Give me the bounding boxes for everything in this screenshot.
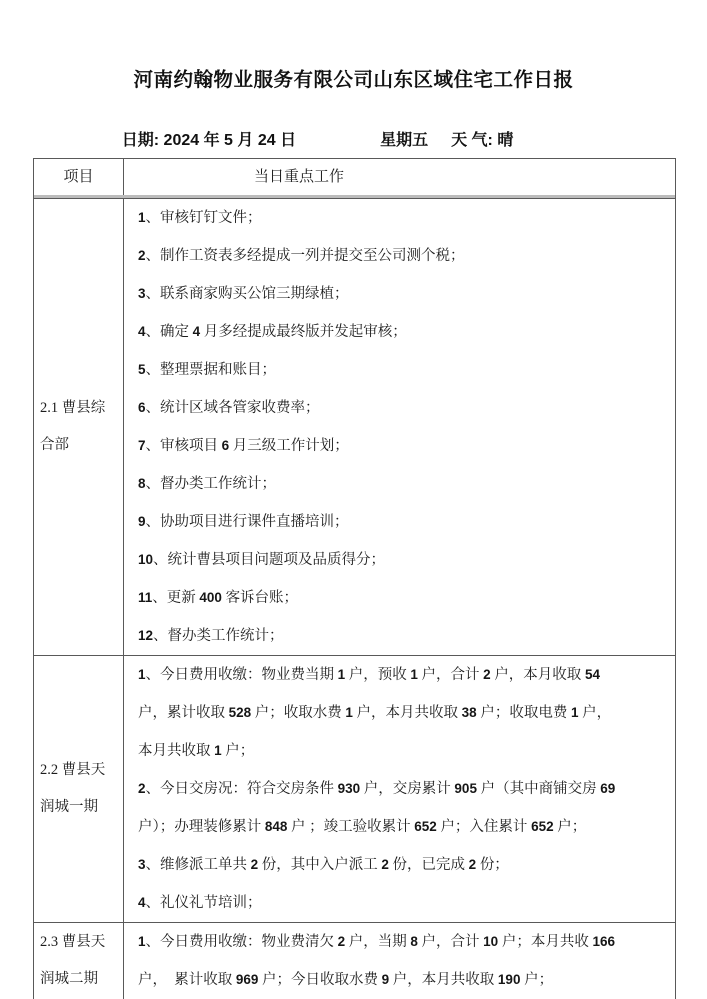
project-cell: 2.1 曹县综合部 [34,199,124,655]
numeric-value: 652 [414,819,437,834]
numeric-value: 2 [138,248,146,263]
work-cell: 1、审核钉钉文件；2、制作工资表多经提成一列并提交至公司测个税；3、联系商家购买… [124,199,675,655]
numeric-value: 190 [498,972,521,987]
table-row: 2.2 曹县天润城一期1、今日费用收缴：物业费当期 1 户，预收 1 户，合计 … [34,655,675,922]
numeric-value: 1 [138,934,146,949]
work-item-line: 2、制作工资表多经提成一列并提交至公司测个税； [138,237,663,275]
work-item-line: 7、审核项目 6 月三级工作计划； [138,427,663,465]
report-weather: 天 气: 晴 [451,132,513,149]
work-item-line: 4、礼仪礼节培训； [138,884,663,922]
column-header-project: 项目 [34,159,124,195]
work-item-line: 3、联系商家购买公馆三期绿植； [138,275,663,313]
numeric-value: 38 [462,705,477,720]
work-item-line: 1、审核钉钉文件； [138,199,663,237]
work-item-line: 9、协助项目进行课件直播培训； [138,503,663,541]
numeric-value: 1 [338,667,346,682]
work-item-line: 8、督办类工作统计； [138,465,663,503]
numeric-value: 1 [214,743,222,758]
numeric-value: 1 [571,705,579,720]
project-label-line: 2.1 曹县综 [40,390,123,427]
numeric-value: 5 [138,362,146,377]
numeric-value: 166 [592,934,615,949]
work-item-line: 10、统计曹县项目问题项及品质得分； [138,541,663,579]
work-item-line: 12、督办类工作统计； [138,617,663,655]
numeric-value: 1 [345,705,353,720]
work-item-line: 1、今日费用收缴：物业费清欠 2 户，当期 8 户，合计 10 户；本月共收 1… [138,923,663,961]
numeric-value: 10 [138,552,153,567]
numeric-value: 10 [483,934,498,949]
table-row: 2.3 曹县天润城二期1、今日费用收缴：物业费清欠 2 户，当期 8 户，合计 … [34,922,675,999]
project-label-line: 润城一期 [40,789,123,826]
numeric-value: 4 [138,324,146,339]
project-label-line: 2.2 曹县天 [40,752,123,789]
work-item-line: 11、更新 400 客诉台账； [138,579,663,617]
project-cell: 2.2 曹县天润城一期 [34,656,124,922]
numeric-value: 930 [338,781,361,796]
project-label-line: 2.3 曹县天 [40,924,123,961]
work-item-line: 6、统计区域各管家收费率； [138,389,663,427]
numeric-value: 9 [138,514,146,529]
numeric-value: 2 [338,934,346,949]
column-header-work: 当日重点工作 [124,159,675,195]
numeric-value: 2 [251,857,259,872]
numeric-value: 9 [382,972,390,987]
project-cell: 2.3 曹县天润城二期 [34,923,124,999]
numeric-value: 1 [138,667,146,682]
numeric-value: 12 [138,628,153,643]
numeric-value: 969 [236,972,259,987]
daily-report-table: 项目 当日重点工作 2.1 曹县综合部1、审核钉钉文件；2、制作工资表多经提成一… [33,158,676,999]
numeric-value: 848 [265,819,288,834]
numeric-value: 2 [469,857,477,872]
work-item-line: 户，累计收取 528 户；收取水费 1 户，本月共收取 38 户；收取电费 1 … [138,694,663,732]
numeric-value: 1 [410,667,418,682]
numeric-value: 4 [193,324,201,339]
numeric-value: 2 [483,667,491,682]
table-body: 2.1 曹县综合部1、审核钉钉文件；2、制作工资表多经提成一列并提交至公司测个税… [34,198,675,999]
work-cell: 1、今日费用收缴：物业费当期 1 户，预收 1 户，合计 2 户，本月收取 54… [124,656,675,922]
numeric-value: 1 [138,210,146,225]
numeric-value: 3 [138,857,146,872]
work-item-line: 1、今日费用收缴：物业费当期 1 户，预收 1 户，合计 2 户，本月收取 54 [138,656,663,694]
numeric-value: 11 [138,590,152,605]
numeric-value: 4 [138,895,146,910]
numeric-value: 54 [585,667,600,682]
numeric-value: 2 [381,857,389,872]
numeric-value: 528 [229,705,252,720]
numeric-value: 6 [222,438,230,453]
numeric-value: 6 [138,400,146,415]
work-item-line: 本月共收取 1 户； [138,732,663,770]
numeric-value: 8 [138,476,146,491]
numeric-value: 8 [410,934,418,949]
report-weekday: 星期五 [380,132,428,149]
work-cell: 1、今日费用收缴：物业费清欠 2 户，当期 8 户，合计 10 户；本月共收 1… [124,923,675,999]
report-date: 日期: 2024 年 5 月 24 日 [122,132,296,149]
work-item-line: 4、确定 4 月多经提成最终版并发起审核； [138,313,663,351]
report-page: 河南约翰物业服务有限公司山东区域住宅工作日报 日期: 2024 年 5 月 24… [0,0,707,168]
numeric-value: 905 [454,781,477,796]
numeric-value: 652 [531,819,554,834]
numeric-value: 3 [138,286,146,301]
project-label-line: 润城二期 [40,961,123,998]
work-item-line: 户）；办理装修累计 848 户 ；竣工验收累计 652 户；入住累计 652 户… [138,808,663,846]
table-header-row: 项目 当日重点工作 [34,159,675,198]
numeric-value: 400 [199,590,222,605]
work-item-line: 3、维修派工单共 2 份，其中入户派工 2 份，已完成 2 份； [138,846,663,884]
numeric-value: 7 [138,438,146,453]
work-item-line: 户， 累计收取 969 户；今日收取水费 9 户，本月共收取 190 户； [138,961,663,999]
numeric-value: 69 [600,781,615,796]
work-item-line: 2、今日交房况：符合交房条件 930 户，交房累计 905 户（其中商铺交房 6… [138,770,663,808]
numeric-value: 2 [138,781,146,796]
project-label-line: 合部 [40,427,123,464]
table-row: 2.1 曹县综合部1、审核钉钉文件；2、制作工资表多经提成一列并提交至公司测个税… [34,198,675,655]
work-item-line: 5、整理票据和账目； [138,351,663,389]
report-title: 河南约翰物业服务有限公司山东区域住宅工作日报 [0,0,707,92]
